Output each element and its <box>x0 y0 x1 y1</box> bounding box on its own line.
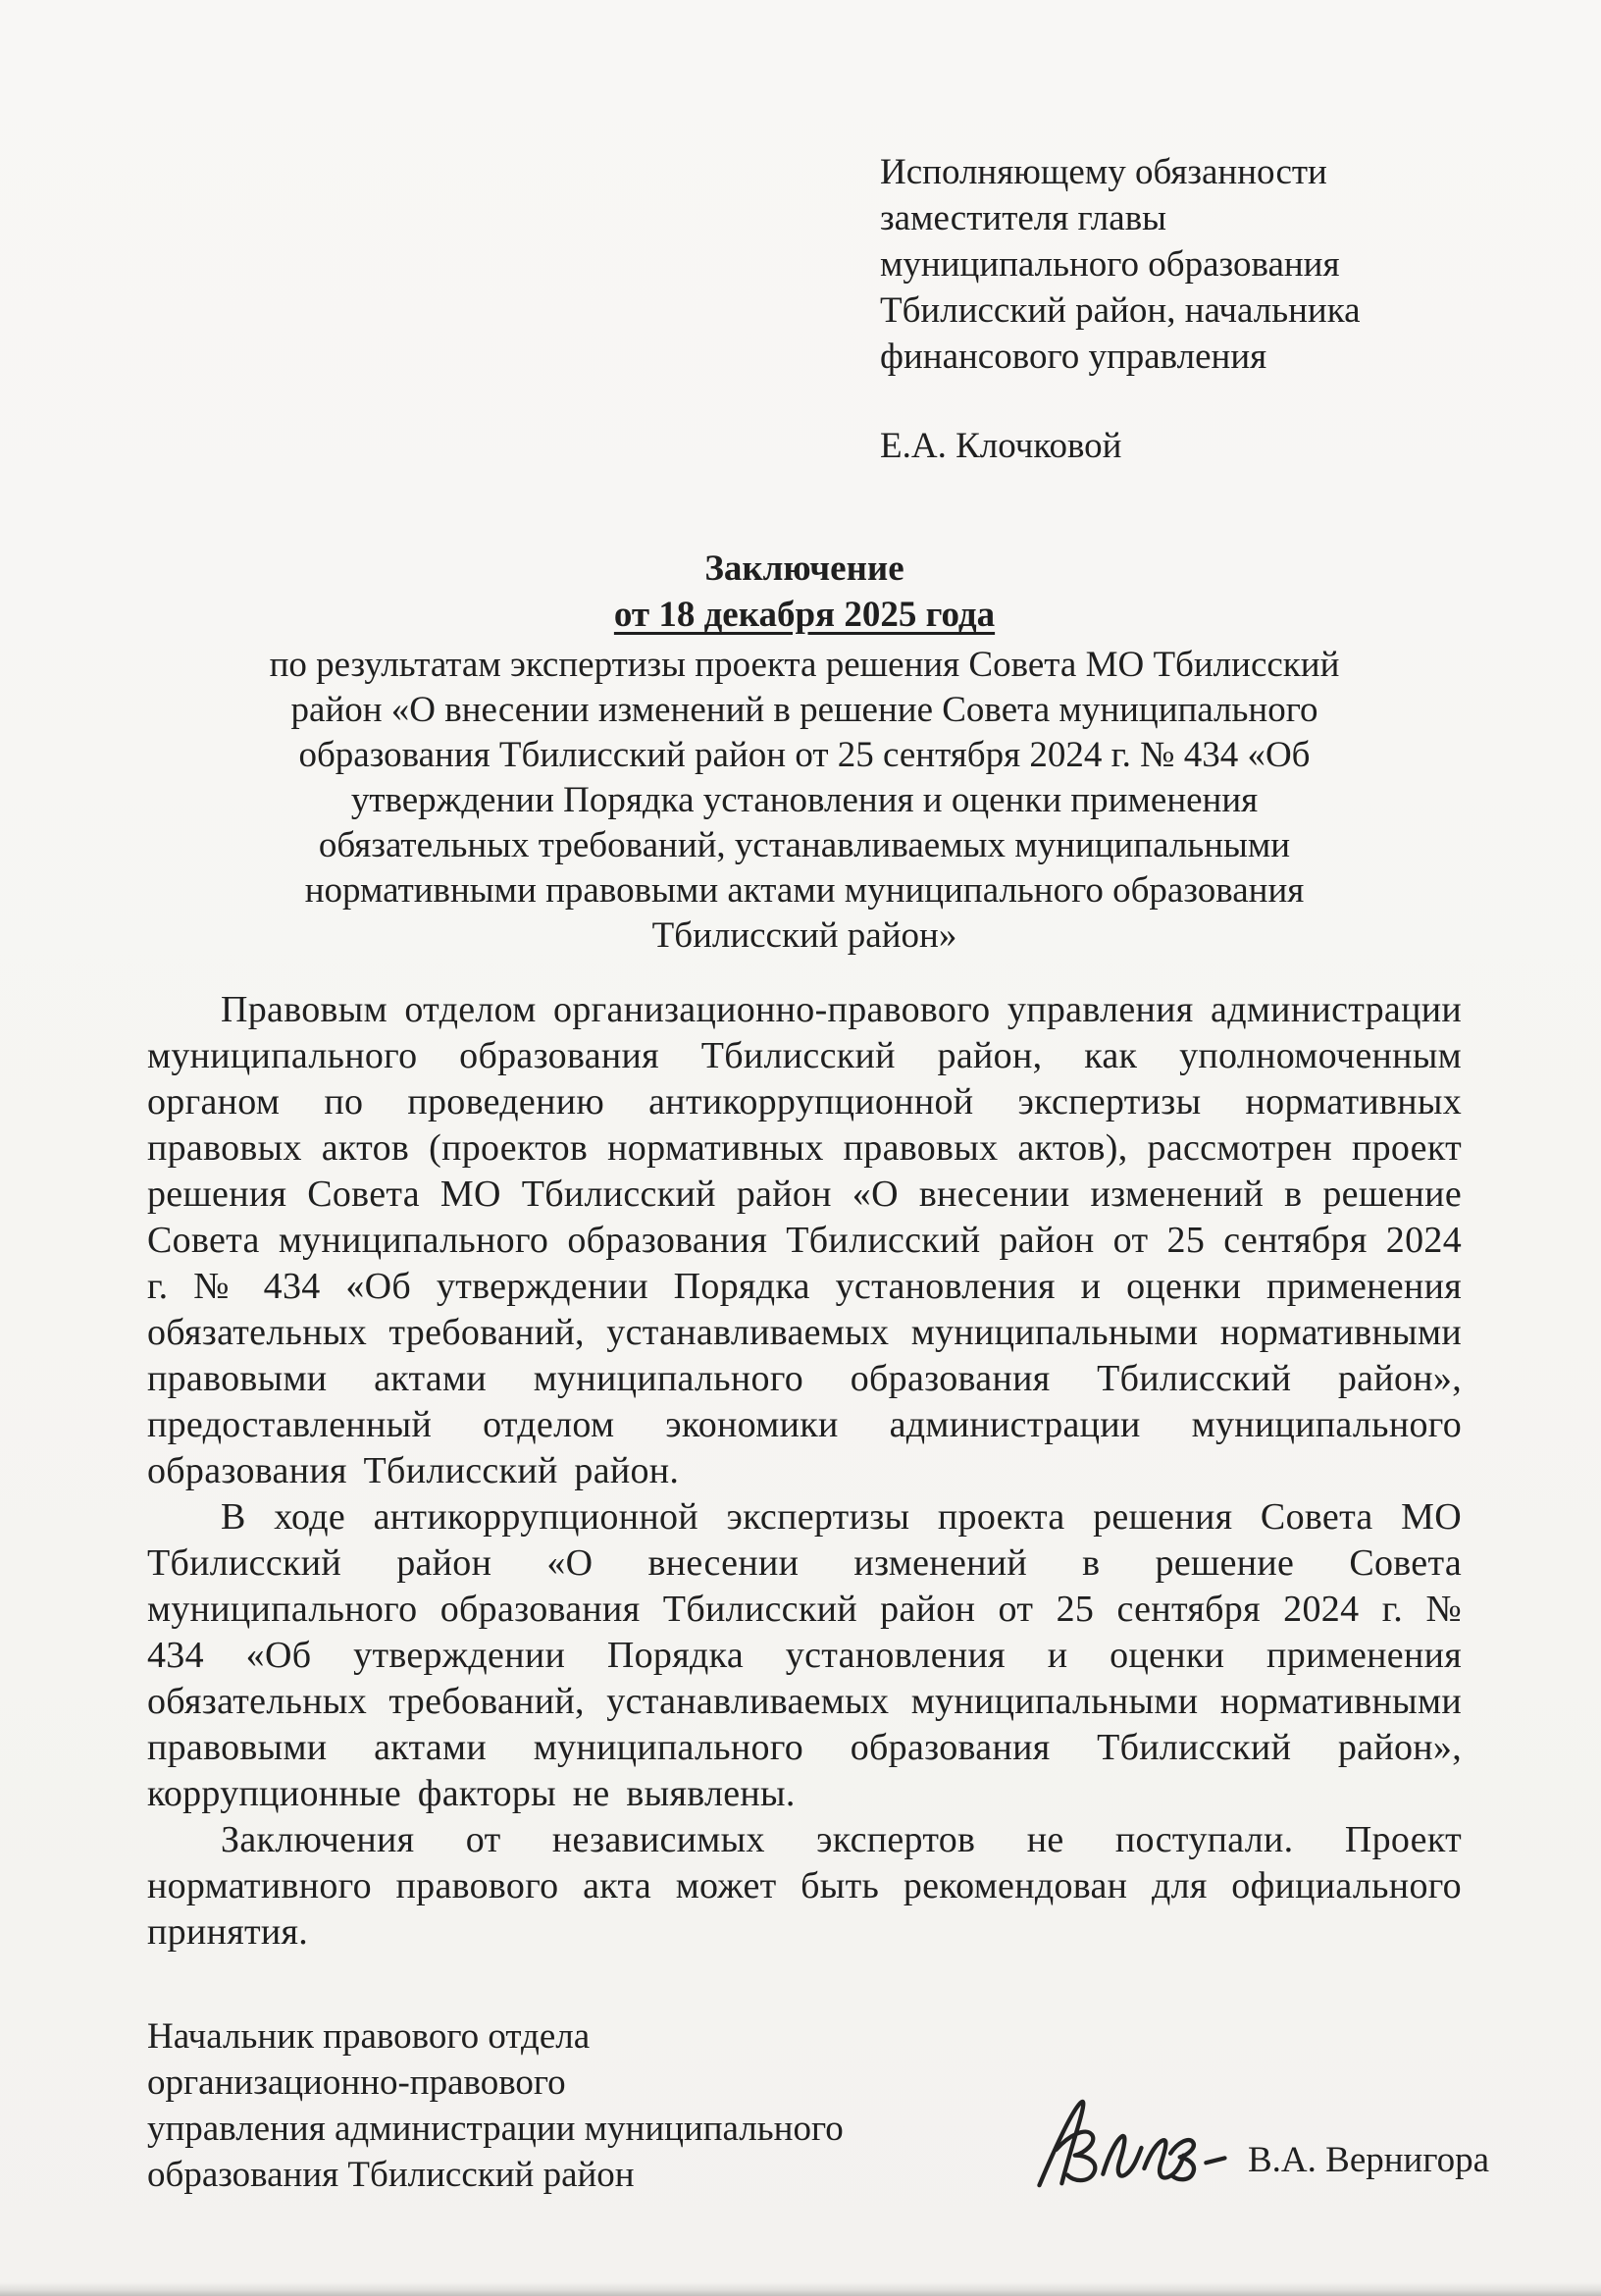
body-paragraph-2: В ходе антикоррупционной экспертизы прое… <box>147 1494 1462 1817</box>
signoff-line: Начальник правового отдела <box>147 2013 952 2060</box>
scanned-document-page: Исполняющему обязанности заместителя гла… <box>0 0 1601 2296</box>
document-title-block: Заключение от 18 декабря 2025 года <box>147 546 1462 638</box>
document-title: Заключение <box>147 546 1462 592</box>
document-date: от 18 декабря 2025 года <box>147 592 1462 638</box>
document-subject-block: по результатам экспертизы проекта решени… <box>147 643 1462 959</box>
signoff-block: Начальник правового отдела организационн… <box>147 2013 952 2198</box>
addressee-line: муниципального образования <box>880 241 1429 287</box>
body-paragraph-3: Заключения от независимых экспертов не п… <box>147 1817 1462 1956</box>
addressee-line: финансового управления <box>880 334 1429 380</box>
signoff-line: образования Тбилисский район <box>147 2152 952 2198</box>
subject-line: обязательных требований, устанавливаемых… <box>147 823 1462 868</box>
addressee-line: Тбилисский район, начальника <box>880 287 1429 334</box>
signoff-line: организационно-правового <box>147 2060 952 2106</box>
subject-line: Тбилисский район» <box>147 913 1462 959</box>
document-body: Правовым отделом организационно-правовог… <box>147 987 1462 1956</box>
addressee-line: заместителя главы <box>880 195 1429 241</box>
addressee-block: Исполняющему обязанности заместителя гла… <box>880 149 1429 469</box>
addressee-line: Исполняющему обязанности <box>880 149 1429 195</box>
addressee-name: Е.А. Клочковой <box>880 423 1429 469</box>
body-paragraph-1: Правовым отделом организационно-правовог… <box>147 987 1462 1494</box>
subject-line: утверждении Порядка установления и оценк… <box>147 778 1462 823</box>
subject-line: нормативными правовыми актами муниципаль… <box>147 868 1462 913</box>
scan-bottom-edge <box>0 2282 1601 2296</box>
subject-line: по результатам экспертизы проекта решени… <box>147 643 1462 688</box>
handwritten-signature <box>1028 2088 1234 2206</box>
subject-line: образования Тбилисский район от 25 сентя… <box>147 733 1462 778</box>
signer-name: В.А. Вернигора <box>1248 2137 1489 2183</box>
signoff-line: управления администрации муниципального <box>147 2106 952 2152</box>
subject-line: район «О внесении изменений в решение Со… <box>147 688 1462 733</box>
